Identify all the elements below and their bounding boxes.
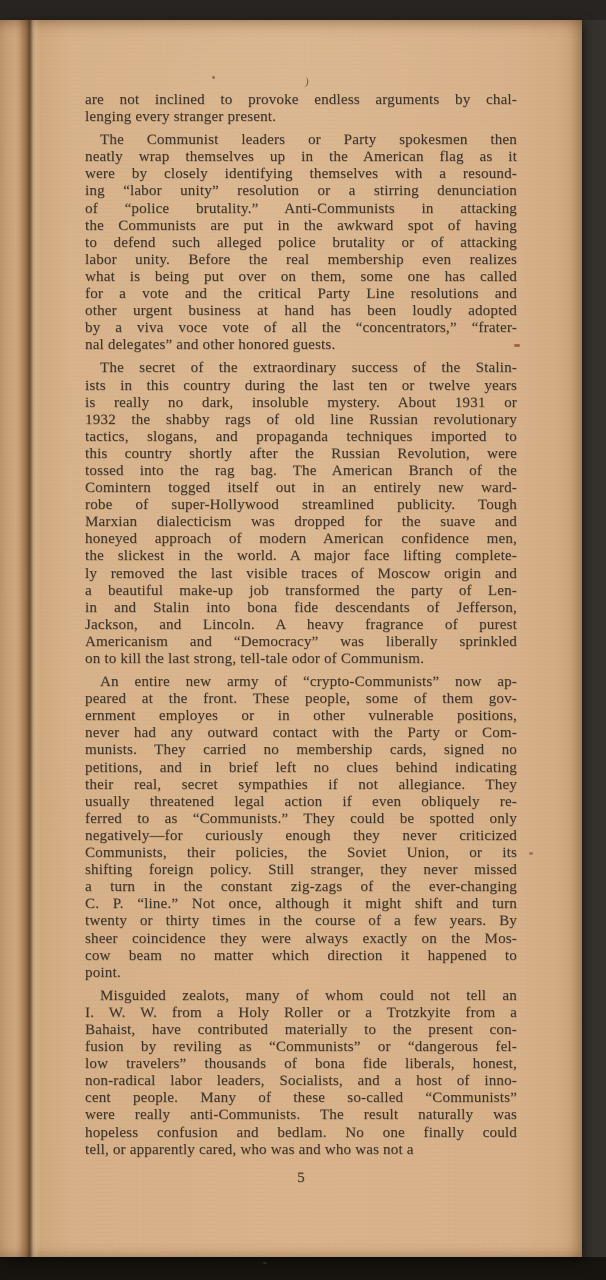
text-line: were by closely identifying themselves w… — [85, 166, 517, 183]
text-line: is really no dark, insoluble mystery. Ab… — [85, 395, 517, 412]
text-line: on to kill the last strong, tell-tale od… — [85, 651, 517, 668]
text-line: ists in this country during the last ten… — [85, 378, 517, 395]
text-line: sheer coincidence they were always exact… — [85, 931, 517, 948]
text-line: Marxian dialecticism was dropped for the… — [85, 514, 517, 531]
text-line: a turn in the constant zig-zags of the e… — [85, 879, 517, 896]
ink-speck — [263, 1262, 267, 1264]
text-line: ernment employes or in other vulnerable … — [85, 708, 517, 725]
binding-crease — [20, 20, 40, 1257]
text-line: Bahaist, have contributed materially to … — [85, 1022, 517, 1039]
text-line: tactics, slogans, and propaganda techniq… — [85, 429, 517, 446]
text-line: Communists, their policies, the Soviet U… — [85, 845, 517, 862]
text-line: negatively—for curiously enough they nev… — [85, 828, 517, 845]
text-line: their real, secret sympathies if not all… — [85, 777, 517, 794]
text-line: never had any outward contact with the P… — [85, 725, 517, 742]
text-line: were really anti-Communists. The result … — [85, 1107, 517, 1124]
text-line: tossed into the rag bag. The American Br… — [85, 463, 517, 480]
text-line: peared at the front. These people, some … — [85, 691, 517, 708]
text-line: 1932 the shabby rags of old line Russian… — [85, 412, 517, 429]
text-line: An entire new army of “crypto-Communists… — [85, 674, 517, 691]
text-line: The Communist leaders or Party spokesmen… — [85, 132, 517, 149]
text-line: petitions, and in brief left no clues be… — [85, 760, 517, 777]
text-line: nal delegates” and other honored guests. — [85, 337, 517, 354]
text-line: ferred to as “Communists.” They could be… — [85, 811, 517, 828]
text-line: low travelers” thousands of bona fide li… — [85, 1056, 517, 1073]
text-line: munists. They carried no membership card… — [85, 742, 517, 759]
paragraph: An entire new army of “crypto-Communists… — [85, 674, 517, 982]
text-line: for a vote and the critical Party Line r… — [85, 286, 517, 303]
text-line: twenty or thirty times in the course of … — [85, 913, 517, 930]
text-line: fusion by reviling as “Communists” or “d… — [85, 1039, 517, 1056]
text-line: of “police brutality.” Anti-Communists i… — [85, 201, 517, 218]
text-line: the Communists are put in the awkward sp… — [85, 218, 517, 235]
paragraph: Misguided zealots, many of whom could no… — [85, 988, 517, 1159]
text-line: the slickest in the world. A major face … — [85, 548, 517, 565]
text-line: cow beam no matter which direction it ha… — [85, 948, 517, 965]
text-line: honeyed approach of modern American conf… — [85, 531, 517, 548]
paragraph: are not inclined to provoke endless argu… — [85, 92, 517, 126]
text-line: in and Stalin into bona fide descendants… — [85, 600, 517, 617]
background-top — [0, 0, 606, 20]
text-line: I. W. W. from a Holy Roller or a Trotzky… — [85, 1005, 517, 1022]
paragraph: The Communist leaders or Party spokesmen… — [85, 132, 517, 354]
text-line: non-radical labor leaders, Socialists, a… — [85, 1073, 517, 1090]
text-line: Comintern togged itself out in an entire… — [85, 480, 517, 497]
text-line: Americanism and “Democracy” was liberall… — [85, 634, 517, 651]
text-line: this country shortly after the Russian R… — [85, 446, 517, 463]
text-line: labor unity. Before the real membership … — [85, 252, 517, 269]
text-line: other urgent business at hand has been l… — [85, 303, 517, 320]
text-line: what is being put over on them, some one… — [85, 269, 517, 286]
text-line: a beautiful make-up job transformed the … — [85, 583, 517, 600]
text-line: Jackson, and Lincoln. A heavy fragrance … — [85, 617, 517, 634]
text-line: point. — [85, 965, 517, 982]
text-line: by a viva voce vote of all the “concentr… — [85, 320, 517, 337]
text-line: ly removed the last visible traces of Mo… — [85, 566, 517, 583]
text-line: ing “labor unity” resolution or a stirri… — [85, 183, 517, 200]
text-line: The secret of the extraordinary success … — [85, 360, 517, 377]
text-line: Misguided zealots, many of whom could no… — [85, 988, 517, 1005]
page-text: are not inclined to provoke endless argu… — [85, 92, 517, 1187]
paragraph: The secret of the extraordinary success … — [85, 360, 517, 668]
text-line: to defend such alleged police brutality … — [85, 235, 517, 252]
text-line: cent people. Many of these so-called “Co… — [85, 1090, 517, 1107]
background-bottom — [0, 1257, 606, 1280]
text-line: robe of super-Hollywood streamlined publ… — [85, 497, 517, 514]
text-line: lenging every stranger present. — [85, 109, 517, 126]
text-line: shifting foreign policy. Still stranger,… — [85, 862, 517, 879]
text-line: C. P. “line.” Not once, although it migh… — [85, 896, 517, 913]
page-number: 5 — [85, 1170, 517, 1187]
ink-speck — [529, 852, 533, 855]
text-line: usually threatened legal action if even … — [85, 794, 517, 811]
text-line: are not inclined to provoke endless argu… — [85, 92, 517, 109]
book-page: ) are not inclined to provoke endless ar… — [0, 20, 582, 1257]
text-line: tell, or apparently cared, who was and w… — [85, 1142, 517, 1159]
text-line: neatly wrap themselves up in the America… — [85, 149, 517, 166]
stray-print-mark: ) — [304, 76, 309, 88]
scanned-book-photo: ) are not inclined to provoke endless ar… — [0, 0, 606, 1280]
text-line: hopeless confusion and bedlam. No one fi… — [85, 1125, 517, 1142]
ink-speck — [212, 76, 215, 79]
